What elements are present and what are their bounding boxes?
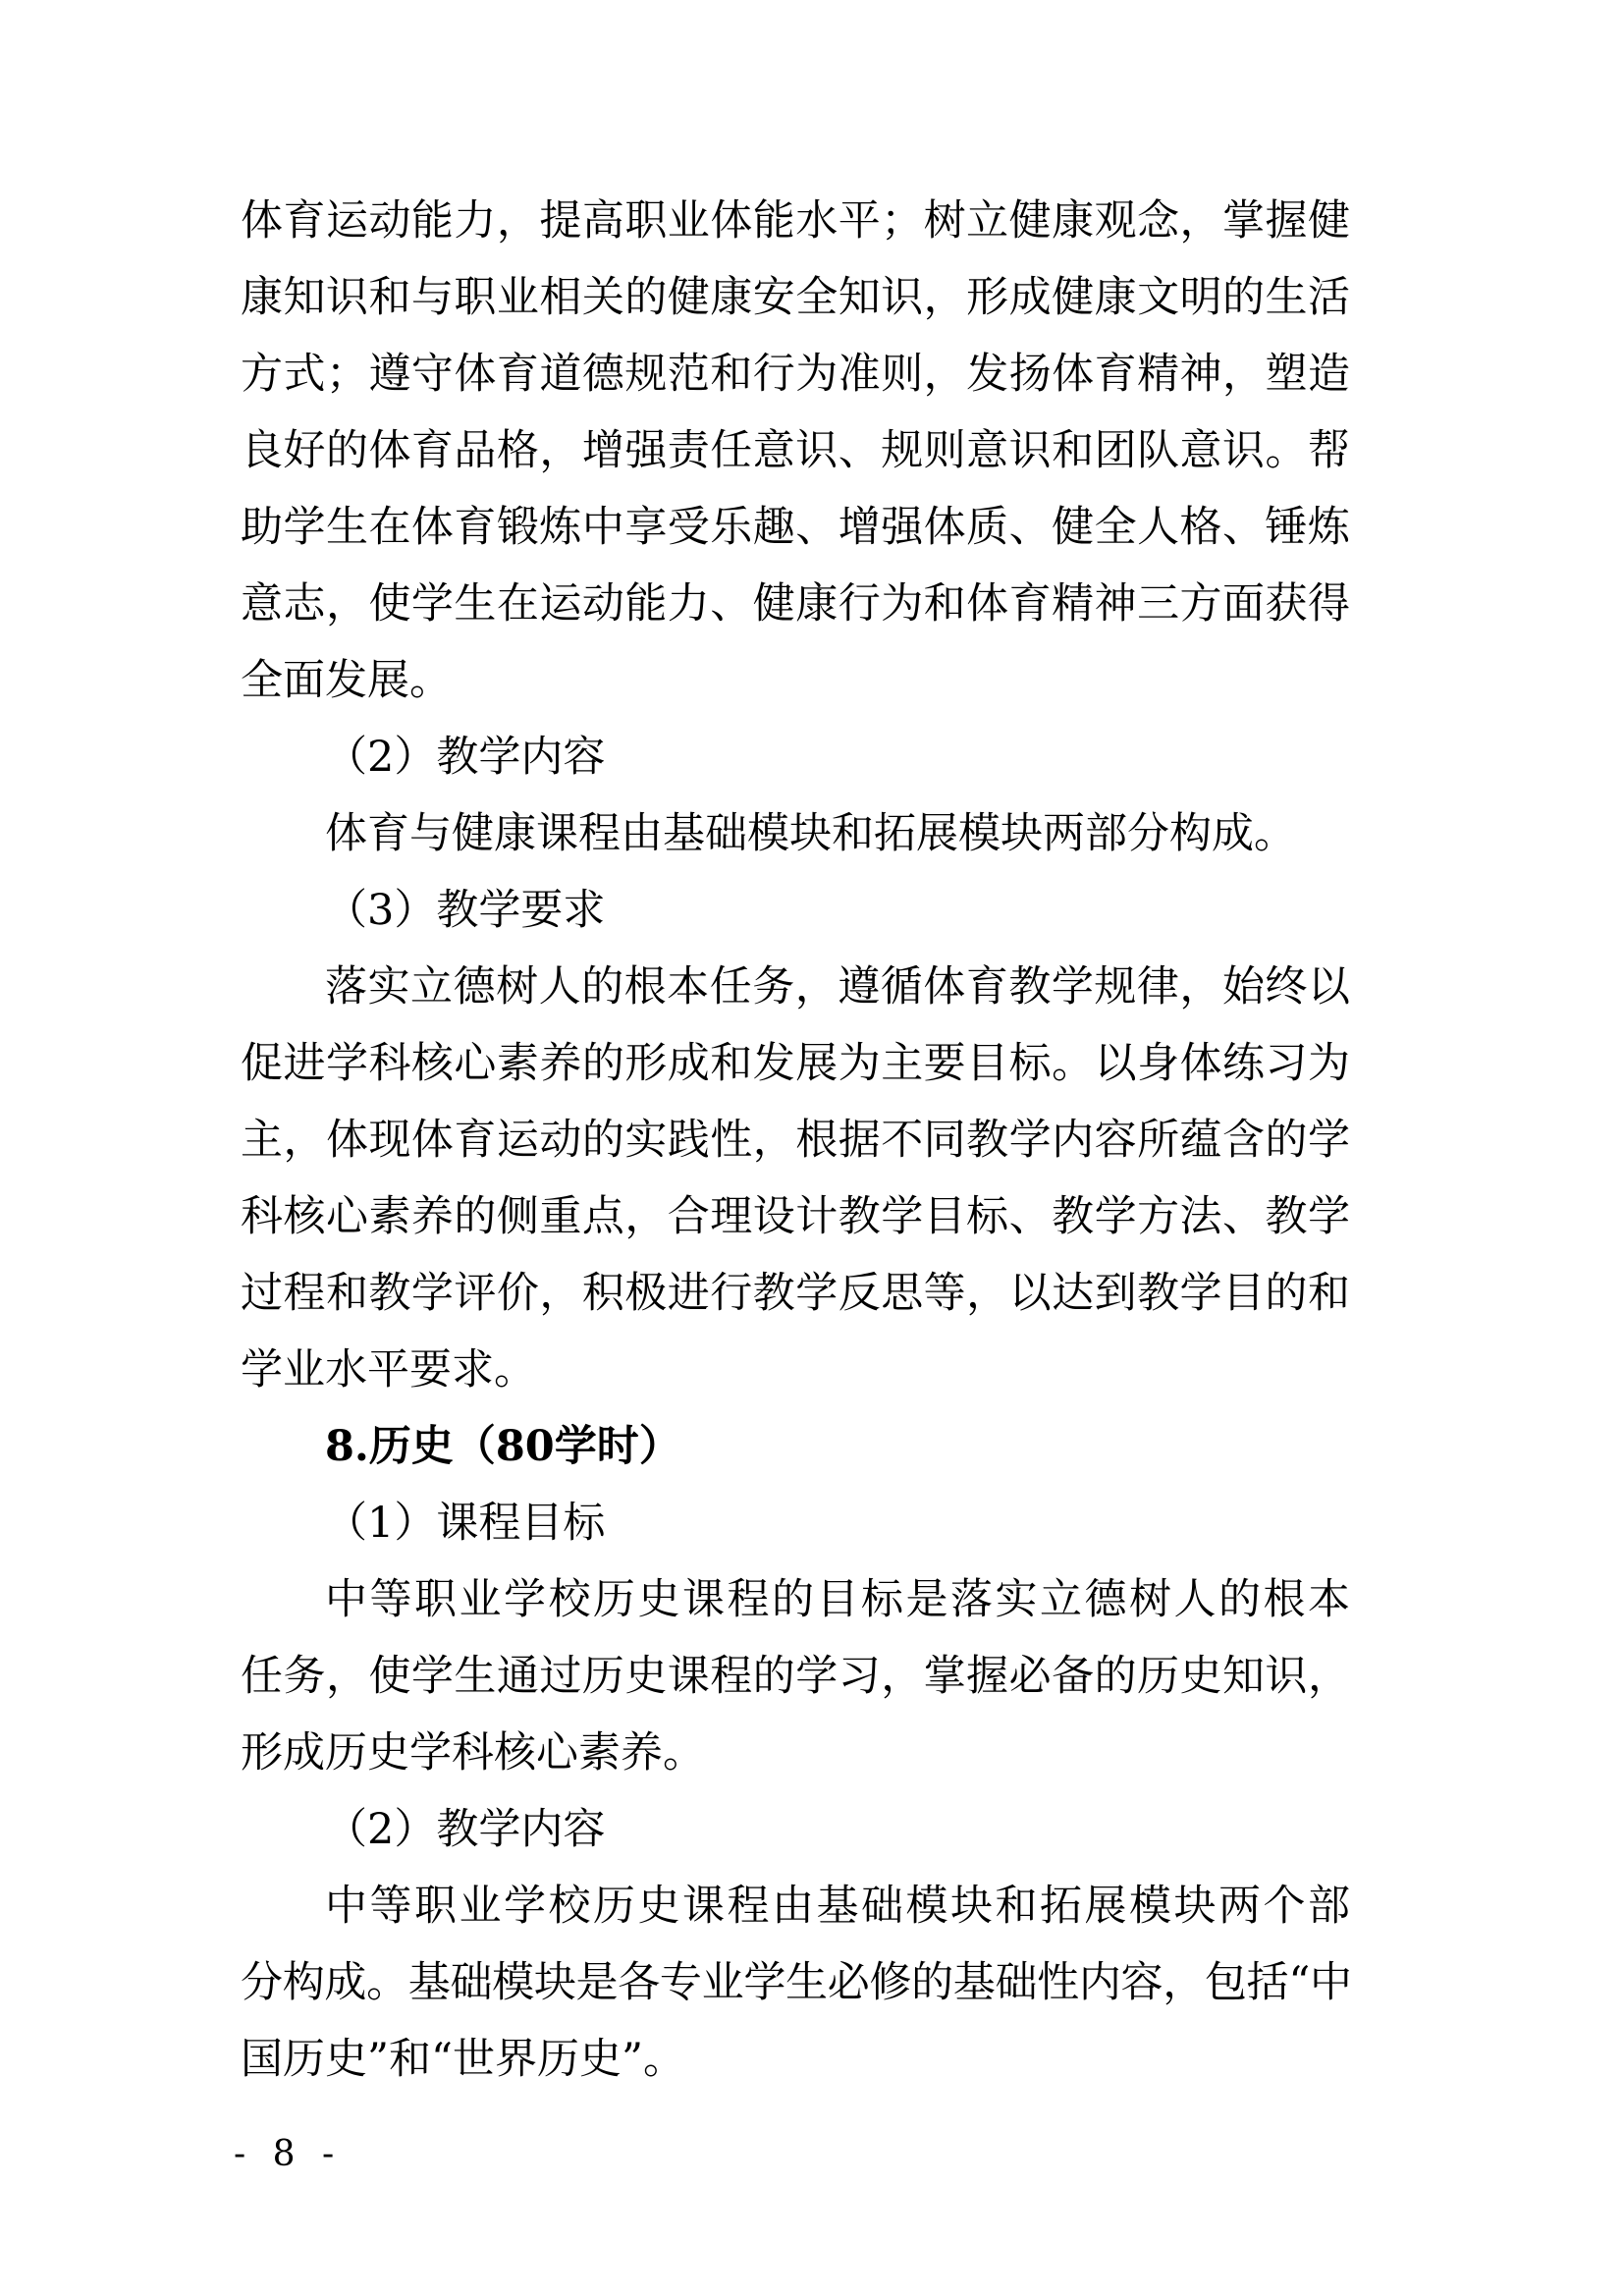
sub-heading-teaching-content: （2）教学内容 (241, 1791, 1350, 1868)
body-text-line: 方式；遵守体育道德规范和行为准则，发扬体育精神，塑造 (241, 336, 1350, 412)
body-text-line: 主，体现体育运动的实践性，根据不同教学内容所蕴含的学 (241, 1102, 1350, 1178)
document-page: 体育运动能力，提高职业体能水平；树立健康观念，掌握健 康知识和与职业相关的健康安… (0, 0, 1623, 2296)
body-text-line: 全面发展。 (241, 642, 1350, 719)
text-body: 体育运动能力，提高职业体能水平；树立健康观念，掌握健 康知识和与职业相关的健康安… (241, 183, 1350, 2098)
page-number: - 8 - (234, 2133, 342, 2176)
body-text-line: 意志，使学生在运动能力、健康行为和体育精神三方面获得 (241, 566, 1350, 642)
sub-heading-teaching-requirements: （3）教学要求 (241, 872, 1350, 949)
body-text-line: 过程和教学评价，积极进行教学反思等，以达到教学目的和 (241, 1255, 1350, 1332)
body-text-line: 助学生在体育锻炼中享受乐趣、增强体质、健全人格、锤炼 (241, 489, 1350, 566)
body-text-line: 形成历史学科核心素养。 (241, 1715, 1350, 1791)
body-text-line: 康知识和与职业相关的健康安全知识，形成健康文明的生活 (241, 259, 1350, 336)
body-text-line: 任务，使学生通过历史课程的学习，掌握必备的历史知识， (241, 1638, 1350, 1715)
body-text-line: 落实立德树人的根本任务，遵循体育教学规律，始终以 (241, 949, 1350, 1025)
sub-heading-teaching-content: （2）教学内容 (241, 719, 1350, 795)
sub-heading-course-goal: （1）课程目标 (241, 1485, 1350, 1561)
body-text-line: 分构成。基础模块是各专业学生必修的基础性内容，包括“中 (241, 1944, 1350, 2021)
body-text-line: 体育与健康课程由基础模块和拓展模块两部分构成。 (241, 795, 1350, 872)
body-text-line: 科核心素养的侧重点，合理设计教学目标、教学方法、教学 (241, 1178, 1350, 1255)
body-text-line: 中等职业学校历史课程的目标是落实立德树人的根本 (241, 1561, 1350, 1638)
body-text-line: 学业水平要求。 (241, 1332, 1350, 1408)
body-text-line: 良好的体育品格，增强责任意识、规则意识和团队意识。帮 (241, 412, 1350, 489)
body-text-line: 国历史”和“世界历史”。 (241, 2021, 1350, 2098)
body-text-line: 体育运动能力，提高职业体能水平；树立健康观念，掌握健 (241, 183, 1350, 259)
body-text-line: 中等职业学校历史课程由基础模块和拓展模块两个部 (241, 1868, 1350, 1944)
body-text-line: 促进学科核心素养的形成和发展为主要目标。以身体练习为 (241, 1025, 1350, 1102)
heading-history-section: 8.历史（80学时） (241, 1408, 1350, 1485)
